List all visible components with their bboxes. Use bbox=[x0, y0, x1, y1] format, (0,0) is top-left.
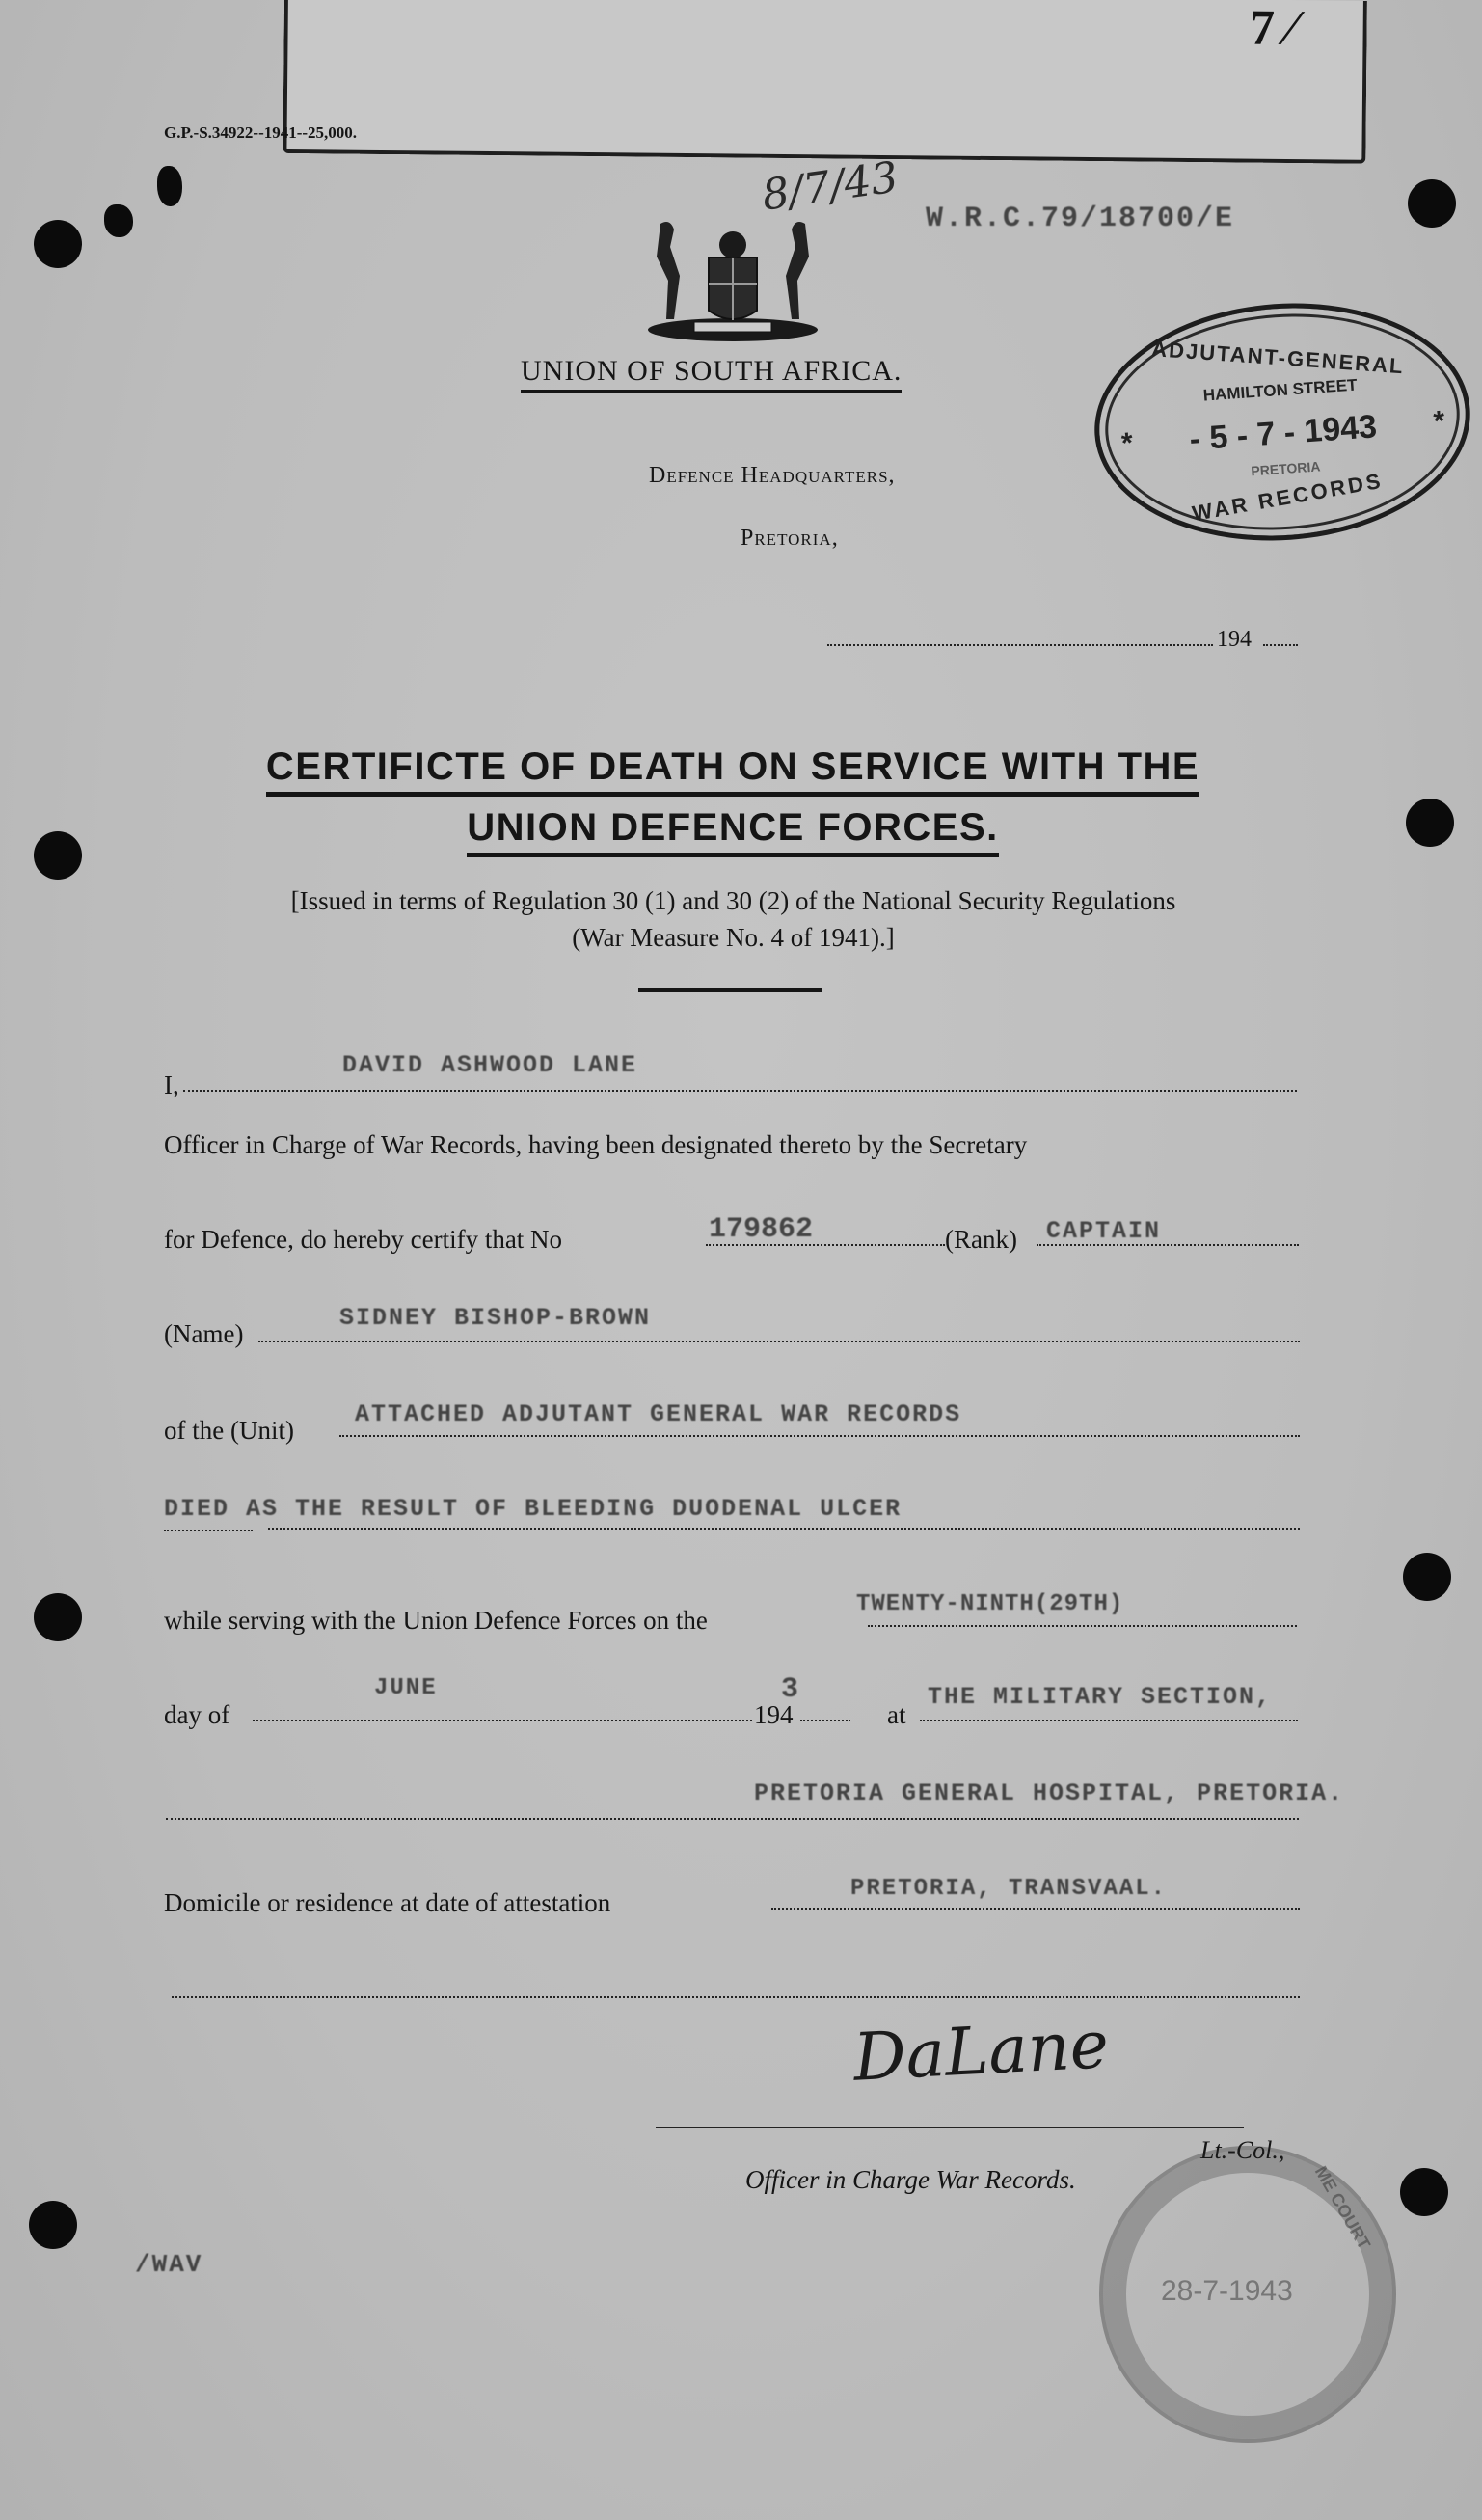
month-line bbox=[253, 1720, 752, 1721]
punch-hole-icon bbox=[29, 2201, 77, 2249]
year-digit-field: 3 bbox=[781, 1673, 800, 1706]
year-prefix: 194 bbox=[1217, 627, 1252, 653]
title-line-2: UNION DEFENCE FORCES. bbox=[467, 808, 999, 857]
title-line-1: CERTIFICTE OF DEATH ON SERVICE WITH THE bbox=[266, 747, 1199, 797]
rank-field: CAPTAIN bbox=[1046, 1217, 1161, 1245]
day-line bbox=[868, 1625, 1297, 1627]
domicile-line bbox=[771, 1908, 1300, 1910]
month-field: JUNE bbox=[374, 1675, 438, 1701]
punch-hole-icon bbox=[1406, 799, 1454, 847]
name-field: SIDNEY BISHOP-BROWN bbox=[339, 1304, 651, 1332]
faint-stamp-date: 28-7-1943 bbox=[1161, 2275, 1293, 2308]
star-icon: * bbox=[1120, 427, 1134, 461]
signature: DaLane bbox=[851, 2007, 1111, 2097]
faint-stamp-arc-text: ME COURT bbox=[1310, 2163, 1374, 2254]
domicile-label: Domicile or residence at date of attesta… bbox=[164, 1888, 610, 1918]
cause-of-death-field: DIED AS THE RESULT OF BLEEDING DUODENAL … bbox=[164, 1495, 902, 1523]
office-name: Defence Headquarters, bbox=[649, 463, 896, 489]
issued-note-line-1: [Issued in terms of Regulation 30 (1) an… bbox=[162, 882, 1305, 919]
punch-hole-icon bbox=[34, 1593, 82, 1641]
cause-line bbox=[268, 1528, 1300, 1530]
domicile-field: PRETORIA, TRANSVAAL. bbox=[850, 1876, 1167, 1902]
date-blank-line bbox=[827, 644, 1213, 646]
reference-number: W.R.C.79/18700/E bbox=[926, 203, 1234, 235]
certificate-title: CERTIFICTE OF DEATH ON SERVICE WITH THE … bbox=[164, 747, 1302, 857]
unit-field: ATTACHED ADJUTANT GENERAL WAR RECORDS bbox=[355, 1400, 961, 1428]
punch-hole-icon bbox=[104, 204, 133, 237]
service-number-field: 179862 bbox=[709, 1213, 813, 1246]
faint-received-stamp: 28-7-1943 ME COURT bbox=[1099, 2146, 1396, 2443]
punch-hole-icon bbox=[34, 831, 82, 880]
designation-text: Officer in Charge of War Records, having… bbox=[164, 1130, 1027, 1160]
certify-label: for Defence, do hereby certify that No bbox=[164, 1225, 562, 1255]
unit-line bbox=[339, 1435, 1300, 1437]
issued-note: [Issued in terms of Regulation 30 (1) an… bbox=[162, 882, 1305, 956]
signature-line bbox=[656, 2127, 1244, 2128]
blank-line bbox=[172, 1996, 1300, 1998]
handwritten-date: 8/7/43 bbox=[759, 152, 901, 220]
year-line bbox=[800, 1720, 850, 1721]
place-field-line-1: THE MILITARY SECTION, bbox=[928, 1683, 1272, 1711]
attached-slip: 7 ⁄ bbox=[283, 0, 1367, 164]
serving-label: while serving with the Union Defence For… bbox=[164, 1606, 708, 1636]
office-city: Pretoria, bbox=[741, 526, 839, 552]
i-label: I, bbox=[164, 1070, 179, 1100]
day-field: TWENTY-NINTH(29TH) bbox=[856, 1591, 1123, 1617]
coat-of-arms-icon bbox=[641, 214, 824, 344]
cause-line-stub bbox=[164, 1530, 253, 1531]
slip-handwritten-mark: 7 ⁄ bbox=[1250, 0, 1296, 57]
certificate-page: 7 ⁄ G.P.-S.34922--1941--25,000. 8/7/43 W… bbox=[0, 0, 1482, 2520]
name-line bbox=[258, 1341, 1300, 1342]
punch-hole-icon bbox=[157, 166, 182, 206]
place-line-1 bbox=[920, 1720, 1298, 1721]
punch-hole-icon bbox=[1408, 179, 1456, 228]
divider bbox=[638, 988, 822, 992]
issued-note-line-2: (War Measure No. 4 of 1941).] bbox=[162, 919, 1305, 956]
name-label: (Name) bbox=[164, 1319, 243, 1349]
unit-label: of the (Unit) bbox=[164, 1416, 294, 1446]
year-blank-line bbox=[1263, 644, 1298, 646]
country-heading: UNION OF SOUTH AFRICA. bbox=[521, 355, 902, 393]
signatory-title: Officer in Charge War Records. bbox=[745, 2165, 1076, 2195]
place-field-line-2: PRETORIA GENERAL HOSPITAL, PRETORIA. bbox=[754, 1779, 1344, 1807]
rank-label: (Rank) bbox=[945, 1225, 1017, 1255]
typist-reference: /WAV bbox=[135, 2250, 202, 2279]
punch-hole-icon bbox=[34, 220, 82, 268]
print-code: G.P.-S.34922--1941--25,000. bbox=[164, 123, 357, 143]
punch-hole-icon bbox=[1403, 1553, 1451, 1601]
punch-hole-icon bbox=[1400, 2168, 1448, 2216]
day-of-label: day of bbox=[164, 1700, 229, 1730]
officer-name-field: DAVID ASHWOOD LANE bbox=[342, 1051, 637, 1079]
received-stamp: ADJUTANT-GENERAL HAMILTON STREET - 5 - 7… bbox=[1087, 291, 1478, 554]
star-icon: * bbox=[1433, 405, 1446, 439]
at-label: at bbox=[887, 1700, 906, 1730]
place-line-2 bbox=[166, 1818, 1299, 1820]
officer-name-line bbox=[183, 1090, 1297, 1092]
